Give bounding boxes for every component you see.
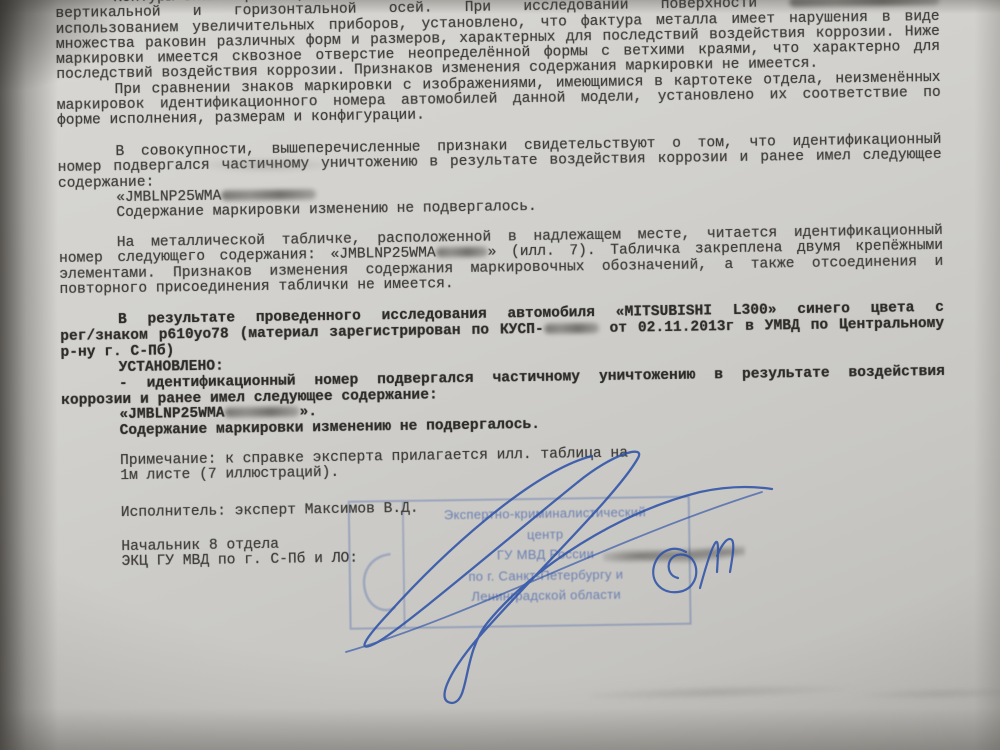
redaction-smudge — [544, 323, 599, 334]
redaction-smudge — [221, 189, 316, 200]
paragraph-group: Контуры знаков ровные,вертикальной и гор… — [55, 0, 941, 130]
redaction-smudge — [436, 247, 488, 258]
stamp-line: Ленинградской области — [403, 584, 689, 609]
paragraph-group: В результате проведенного исследования а… — [60, 301, 946, 441]
paragraph-group: Примечание: к справке эксперта прилагает… — [62, 442, 946, 486]
paragraph-group: Начальник 8 отделаЭКЦ ГУ МВД по г. С-Пб … — [63, 528, 947, 572]
document-text-layer: Экспертно-криминалистическийцентрГУ МВД … — [0, 0, 1000, 750]
paragraph-group: В совокупности, вышеперечисленные призна… — [57, 133, 942, 223]
document-photo: Экспертно-криминалистическийцентрГУ МВД … — [0, 0, 1000, 750]
paragraph-group: На металлической табличке, расположенной… — [59, 224, 944, 298]
redaction-smudge — [224, 407, 299, 418]
redaction-smudge — [789, 0, 939, 7]
